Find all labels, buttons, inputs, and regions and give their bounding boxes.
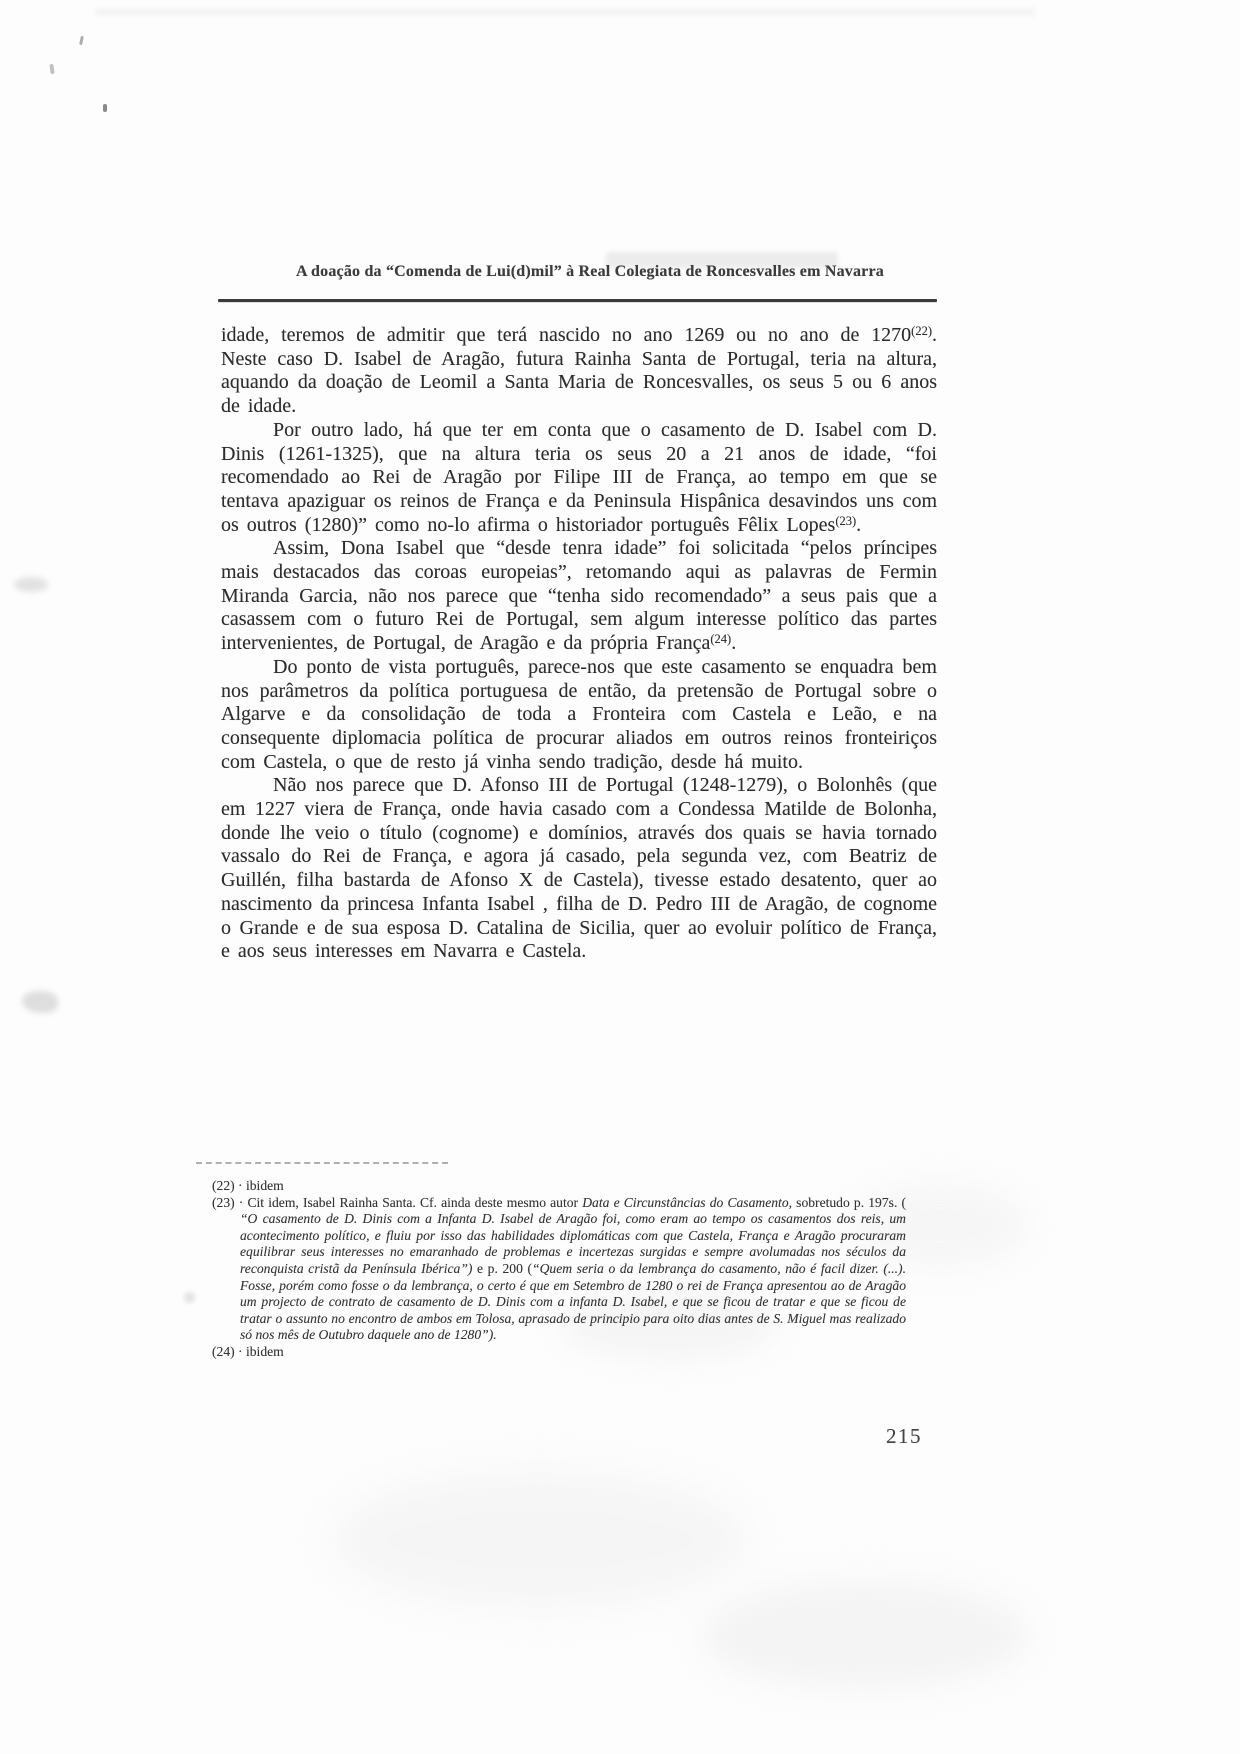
footnote: (22) · ibidem [212, 1178, 906, 1195]
text-segment: idade, teremos de admitir que terá nasci… [221, 324, 911, 346]
footnote-text: · Cit idem, Isabel Rainha Santa. Cf. ain… [239, 1195, 582, 1210]
paragraph: Do ponto de vista português, parece-nos … [221, 656, 937, 775]
paragraph: Não nos parece que D. Afonso III de Port… [221, 774, 937, 964]
footnotes: (22) · ibidem(23) · Cit idem, Isabel Rai… [212, 1178, 906, 1361]
footnote-ref: (22) [911, 324, 932, 338]
paragraph: idade, teremos de admitir que terá nasci… [221, 324, 937, 419]
footnote-text: Data e Circunstâncias do Casamento [582, 1195, 788, 1210]
scan-artifact [14, 577, 48, 592]
text-segment: Por outro lado, há que ter em conta que … [221, 419, 937, 536]
footnote-text: · ibidem [238, 1178, 284, 1193]
footnote-text: , sobretudo p. 197s. ( [789, 1195, 906, 1210]
body-text: idade, teremos de admitir que terá nasci… [221, 324, 937, 964]
scan-artifact [103, 104, 107, 112]
paragraph: Por outro lado, há que ter em conta que … [221, 419, 937, 538]
footnote-text: e p. 200 ( [472, 1261, 532, 1276]
running-header: A doação da “Comenda de Lui(d)mil” à Rea… [240, 263, 940, 281]
scanned-page: A doação da “Comenda de Lui(d)mil” à Rea… [0, 0, 1240, 1754]
footnote-ref: (24) [710, 632, 731, 646]
footnote-separator [196, 1162, 448, 1164]
scan-artifact [95, 8, 1035, 16]
text-segment: Não nos parece que D. Afonso III de Port… [221, 774, 937, 962]
footnote: (23) · Cit idem, Isabel Rainha Santa. Cf… [212, 1195, 906, 1344]
scan-artifact [49, 64, 54, 74]
footnote-label: (24) [212, 1344, 238, 1359]
header-rule [218, 299, 937, 302]
scan-artifact [79, 36, 84, 45]
text-segment: . [856, 514, 861, 536]
scan-artifact [700, 1580, 1030, 1690]
footnote-text: · ibidem [238, 1344, 284, 1359]
footnote-label: (23) [212, 1195, 239, 1210]
scan-artifact [184, 1292, 195, 1303]
scan-artifact [330, 1470, 750, 1610]
paragraph: Assim, Dona Isabel que “desde tenra idad… [221, 537, 937, 656]
text-segment: Do ponto de vista português, parece-nos … [221, 656, 937, 773]
scan-artifact [22, 991, 58, 1013]
page-number: 215 [886, 1424, 922, 1449]
text-segment: . [731, 632, 736, 654]
footnote-label: (22) [212, 1178, 238, 1193]
text-segment: Assim, Dona Isabel que “desde tenra idad… [221, 537, 937, 654]
footnote-ref: (23) [835, 514, 856, 528]
footnote: (24) · ibidem [212, 1344, 906, 1361]
